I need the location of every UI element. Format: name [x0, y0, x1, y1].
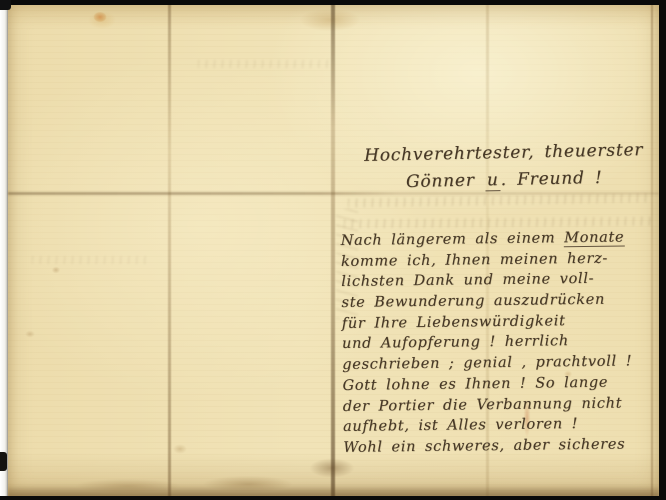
- ink-bleedthrough: [344, 217, 654, 229]
- ink-bleedthrough: [198, 60, 328, 68]
- scan-edge-bottom: [0, 496, 666, 500]
- ink-bleedthrough: [32, 256, 152, 264]
- letter-salutation: Hochverehrtester, theuerster Gönner u. F…: [347, 137, 660, 198]
- body-line-1-underlined-word: Monate: [564, 229, 624, 247]
- scan-artifact-bottom-left: [0, 452, 7, 471]
- salutation-text-2a: Gönner: [406, 171, 475, 192]
- letter-line: der Portier die Verbannung nicht: [343, 393, 661, 418]
- salutation-abbrev-u: u: [485, 170, 501, 191]
- salutation-text-2b: . Freund !: [500, 168, 602, 190]
- letter-line: geschrieben ; genial , prachtvoll !: [342, 351, 660, 376]
- salutation-text-1: Hochverehrtester, theuerster: [364, 140, 644, 166]
- fold-crease-vertical-left: [168, 4, 171, 497]
- body-line-1-text: Nach längerem als einem: [341, 230, 565, 249]
- letter-body: Nach längerem als einem Monate komme ich…: [341, 227, 662, 458]
- scanned-letter: Hochverehrtester, theuerster Gönner u. F…: [0, 0, 666, 500]
- letter-paper: Hochverehrtester, theuerster Gönner u. F…: [8, 4, 659, 497]
- scan-edge-right: [659, 0, 666, 500]
- letter-line: Nach längerem als einem Monate: [341, 227, 659, 252]
- fold-crease-vertical-center: [331, 4, 335, 497]
- scan-artifact-top-left: [0, 0, 11, 10]
- scan-edge-top: [0, 0, 666, 5]
- letter-line: Wohl ein schweres, aber sicheres: [343, 434, 661, 459]
